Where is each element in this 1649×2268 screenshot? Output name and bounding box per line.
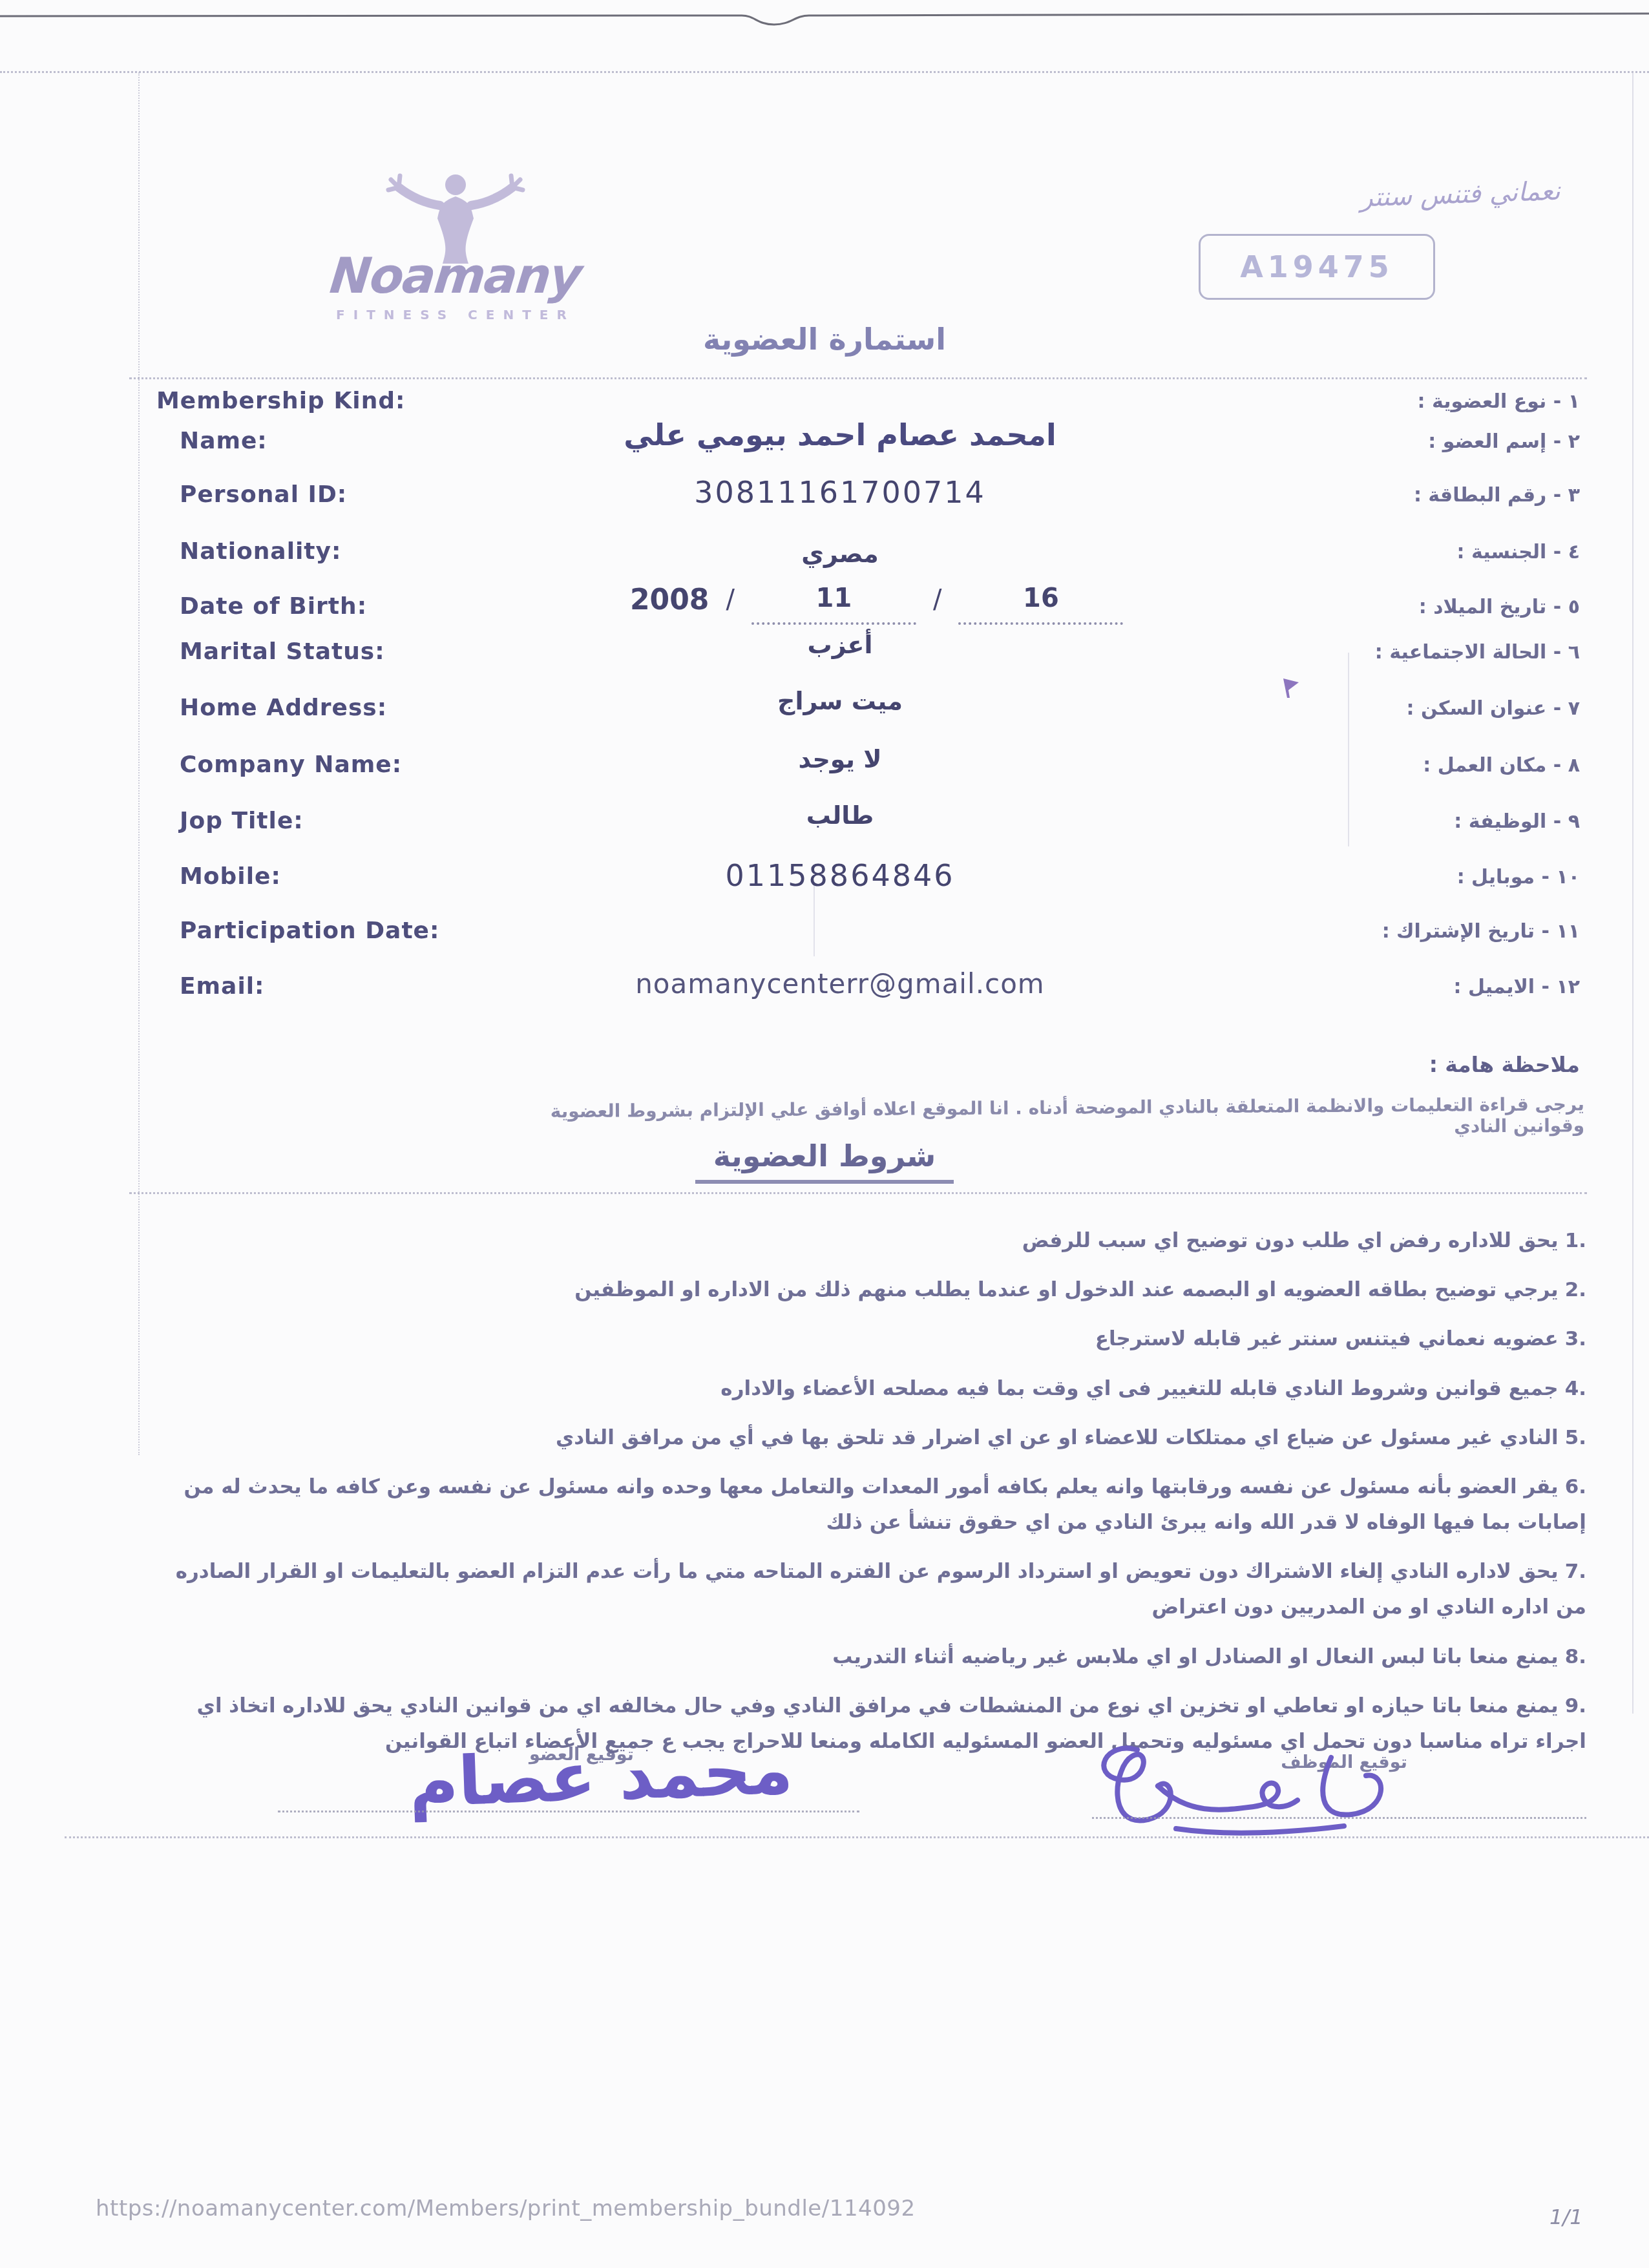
field-label-en: Name: [180,428,268,454]
field-label-ar: ١١ - تاريخ الإشتراك : [1382,920,1580,943]
form-title: استمارة العضوية [663,322,986,357]
field-value: 01158864846 [549,858,1131,893]
term-number: 1. [1565,1229,1586,1252]
dob-day: 16 [958,583,1123,625]
scanned-membership-form: Noamany FITNESS CENTER نعماني فتنس سنتر … [0,0,1649,2268]
logo: Noamany FITNESS CENTER [326,168,585,322]
print-url: https://noamanycenter.com/Members/print_… [96,2196,916,2221]
field-label-ar: ١ - نوع العضوية : [1418,390,1580,413]
field-label-ar: ٦ - الحالة الاجتماعية : [1375,641,1580,664]
terms-title: شروط العضوية [695,1139,954,1184]
field-label-en: Personal ID: [180,481,347,508]
term-text: جميع قوانين وشروط النادي قابله للتغيير ف… [720,1377,1558,1400]
page-indicator: 1/1 [1549,2205,1583,2229]
date-of-birth-value: 2008 / 11 / 16 [630,583,1123,625]
agreement-instruction: يرجى قراءة التعليمات والانظمة المتعلقة ب… [499,1093,1584,1144]
field-value: لا يوجد [549,745,1131,773]
term-text: يحق لاداره النادي إلغاء الاشتراك دون تعو… [176,1560,1586,1619]
term-item: 8.يمنع منعا باتا لبس النعال او الصنادل ا… [158,1639,1586,1675]
staff-signature-line [1092,1817,1586,1819]
center-name-arabic: نعماني فتنس سنتر [1343,176,1577,214]
term-number: 2. [1565,1278,1586,1301]
field-label-ar: ١٠ - موبايل : [1457,866,1580,888]
term-text: يقر العضو بأنه مسئول عن نفسه ورقابتها وا… [184,1475,1586,1534]
term-item: 5.النادي غير مسئول عن ضياع اي ممتلكات لل… [158,1420,1586,1456]
field-label-ar: ٨ - مكان العمل : [1423,754,1580,777]
field-label-en: Membership Kind: [156,388,405,414]
field-label-ar: ٧ - عنوان السكن : [1407,697,1581,720]
term-number: 9. [1565,1694,1586,1717]
term-item: 2.يرجي توضيح بطاقه العضويه او البصمه عند… [158,1272,1586,1308]
term-item: 6.يقر العضو بأنه مسئول عن نفسه ورقابتها … [158,1469,1586,1540]
term-text: عضويه نعماني فيتنس سنتر غير قابله لاسترج… [1095,1327,1559,1350]
dob-year: 2008 [630,583,709,616]
field-label-en: Nationality: [180,538,341,565]
field-value: ميت سراج [549,687,1131,715]
term-item: 3.عضويه نعماني فيتنس سنتر غير قابله لاست… [158,1321,1586,1357]
field-label-en: Company Name: [180,751,402,778]
field-label-ar: ٥ - تاريخ الميلاد : [1419,596,1580,618]
form-row-email: Email: noamanycenterr@gmail.com ١٢ - الا… [0,973,1649,1044]
terms-list: 1.يحق للاداره رفض اي طلب دون توضيح اي سب… [158,1223,1586,1773]
term-text: النادي غير مسئول عن ضياع اي ممتلكات للاع… [556,1426,1559,1449]
important-note-heading: ملاحظة هامة : [1429,1052,1580,1077]
logo-tagline: FITNESS CENTER [326,307,585,322]
logo-wordmark: Noamany [323,247,587,304]
field-label-ar: ٣ - رقم البطاقة : [1414,484,1580,507]
field-label-ar: ١٢ - الايميل : [1454,976,1580,998]
field-label-ar: ٤ - الجنسية : [1457,541,1580,563]
term-text: يرجي توضيح بطاقه العضويه او البصمه عند ا… [574,1278,1558,1301]
dob-separator: / [933,583,941,614]
field-label-ar: ٢ - إسم العضو : [1428,430,1580,453]
term-number: 8. [1565,1645,1586,1668]
dob-separator: / [726,583,734,614]
field-label-en: Email: [180,973,264,1000]
field-value: امحمد عصام احمد بيومي علي [549,417,1131,452]
terms-divider [129,1192,1587,1194]
field-label-en: Participation Date: [180,918,439,944]
term-number: 6. [1565,1475,1586,1498]
term-text: يمنع منعا باتا لبس النعال او الصنادل او … [832,1645,1558,1668]
field-label-en: Jop Title: [180,808,304,834]
term-number: 5. [1565,1426,1586,1449]
member-code: A19475 [1240,249,1394,284]
member-signature-line [278,1811,859,1812]
term-item: 4.جميع قوانين وشروط النادي قابله للتغيير… [158,1371,1586,1407]
term-item: 7.يحق لاداره النادي إلغاء الاشتراك دون ت… [158,1554,1586,1625]
field-label-en: Date of Birth: [180,593,367,620]
term-number: 4. [1565,1377,1586,1400]
field-label-en: Home Address: [180,695,387,721]
dob-month: 11 [751,583,916,625]
field-label-ar: ٩ - الوظيفة : [1454,810,1580,833]
member-code-box: A19475 [1199,234,1435,300]
field-value: 30811161700714 [549,475,1131,510]
term-number: 7. [1565,1560,1586,1583]
field-label-en: Mobile: [180,863,281,890]
field-value: طالب [549,801,1131,830]
header-divider [129,377,1587,379]
bottom-divider [65,1836,1649,1838]
field-value: noamanycenterr@gmail.com [549,968,1131,1000]
term-text: يحق للاداره رفض اي طلب دون توضيح اي سبب … [1022,1229,1559,1252]
field-value: أعزب [549,631,1131,659]
scan-top-edge-line [0,0,1649,30]
scan-border-top [0,71,1649,73]
term-number: 3. [1565,1327,1586,1350]
field-label-en: Marital Status: [180,638,385,665]
field-value: مصري [549,540,1131,568]
term-item: 1.يحق للاداره رفض اي طلب دون توضيح اي سب… [158,1223,1586,1259]
